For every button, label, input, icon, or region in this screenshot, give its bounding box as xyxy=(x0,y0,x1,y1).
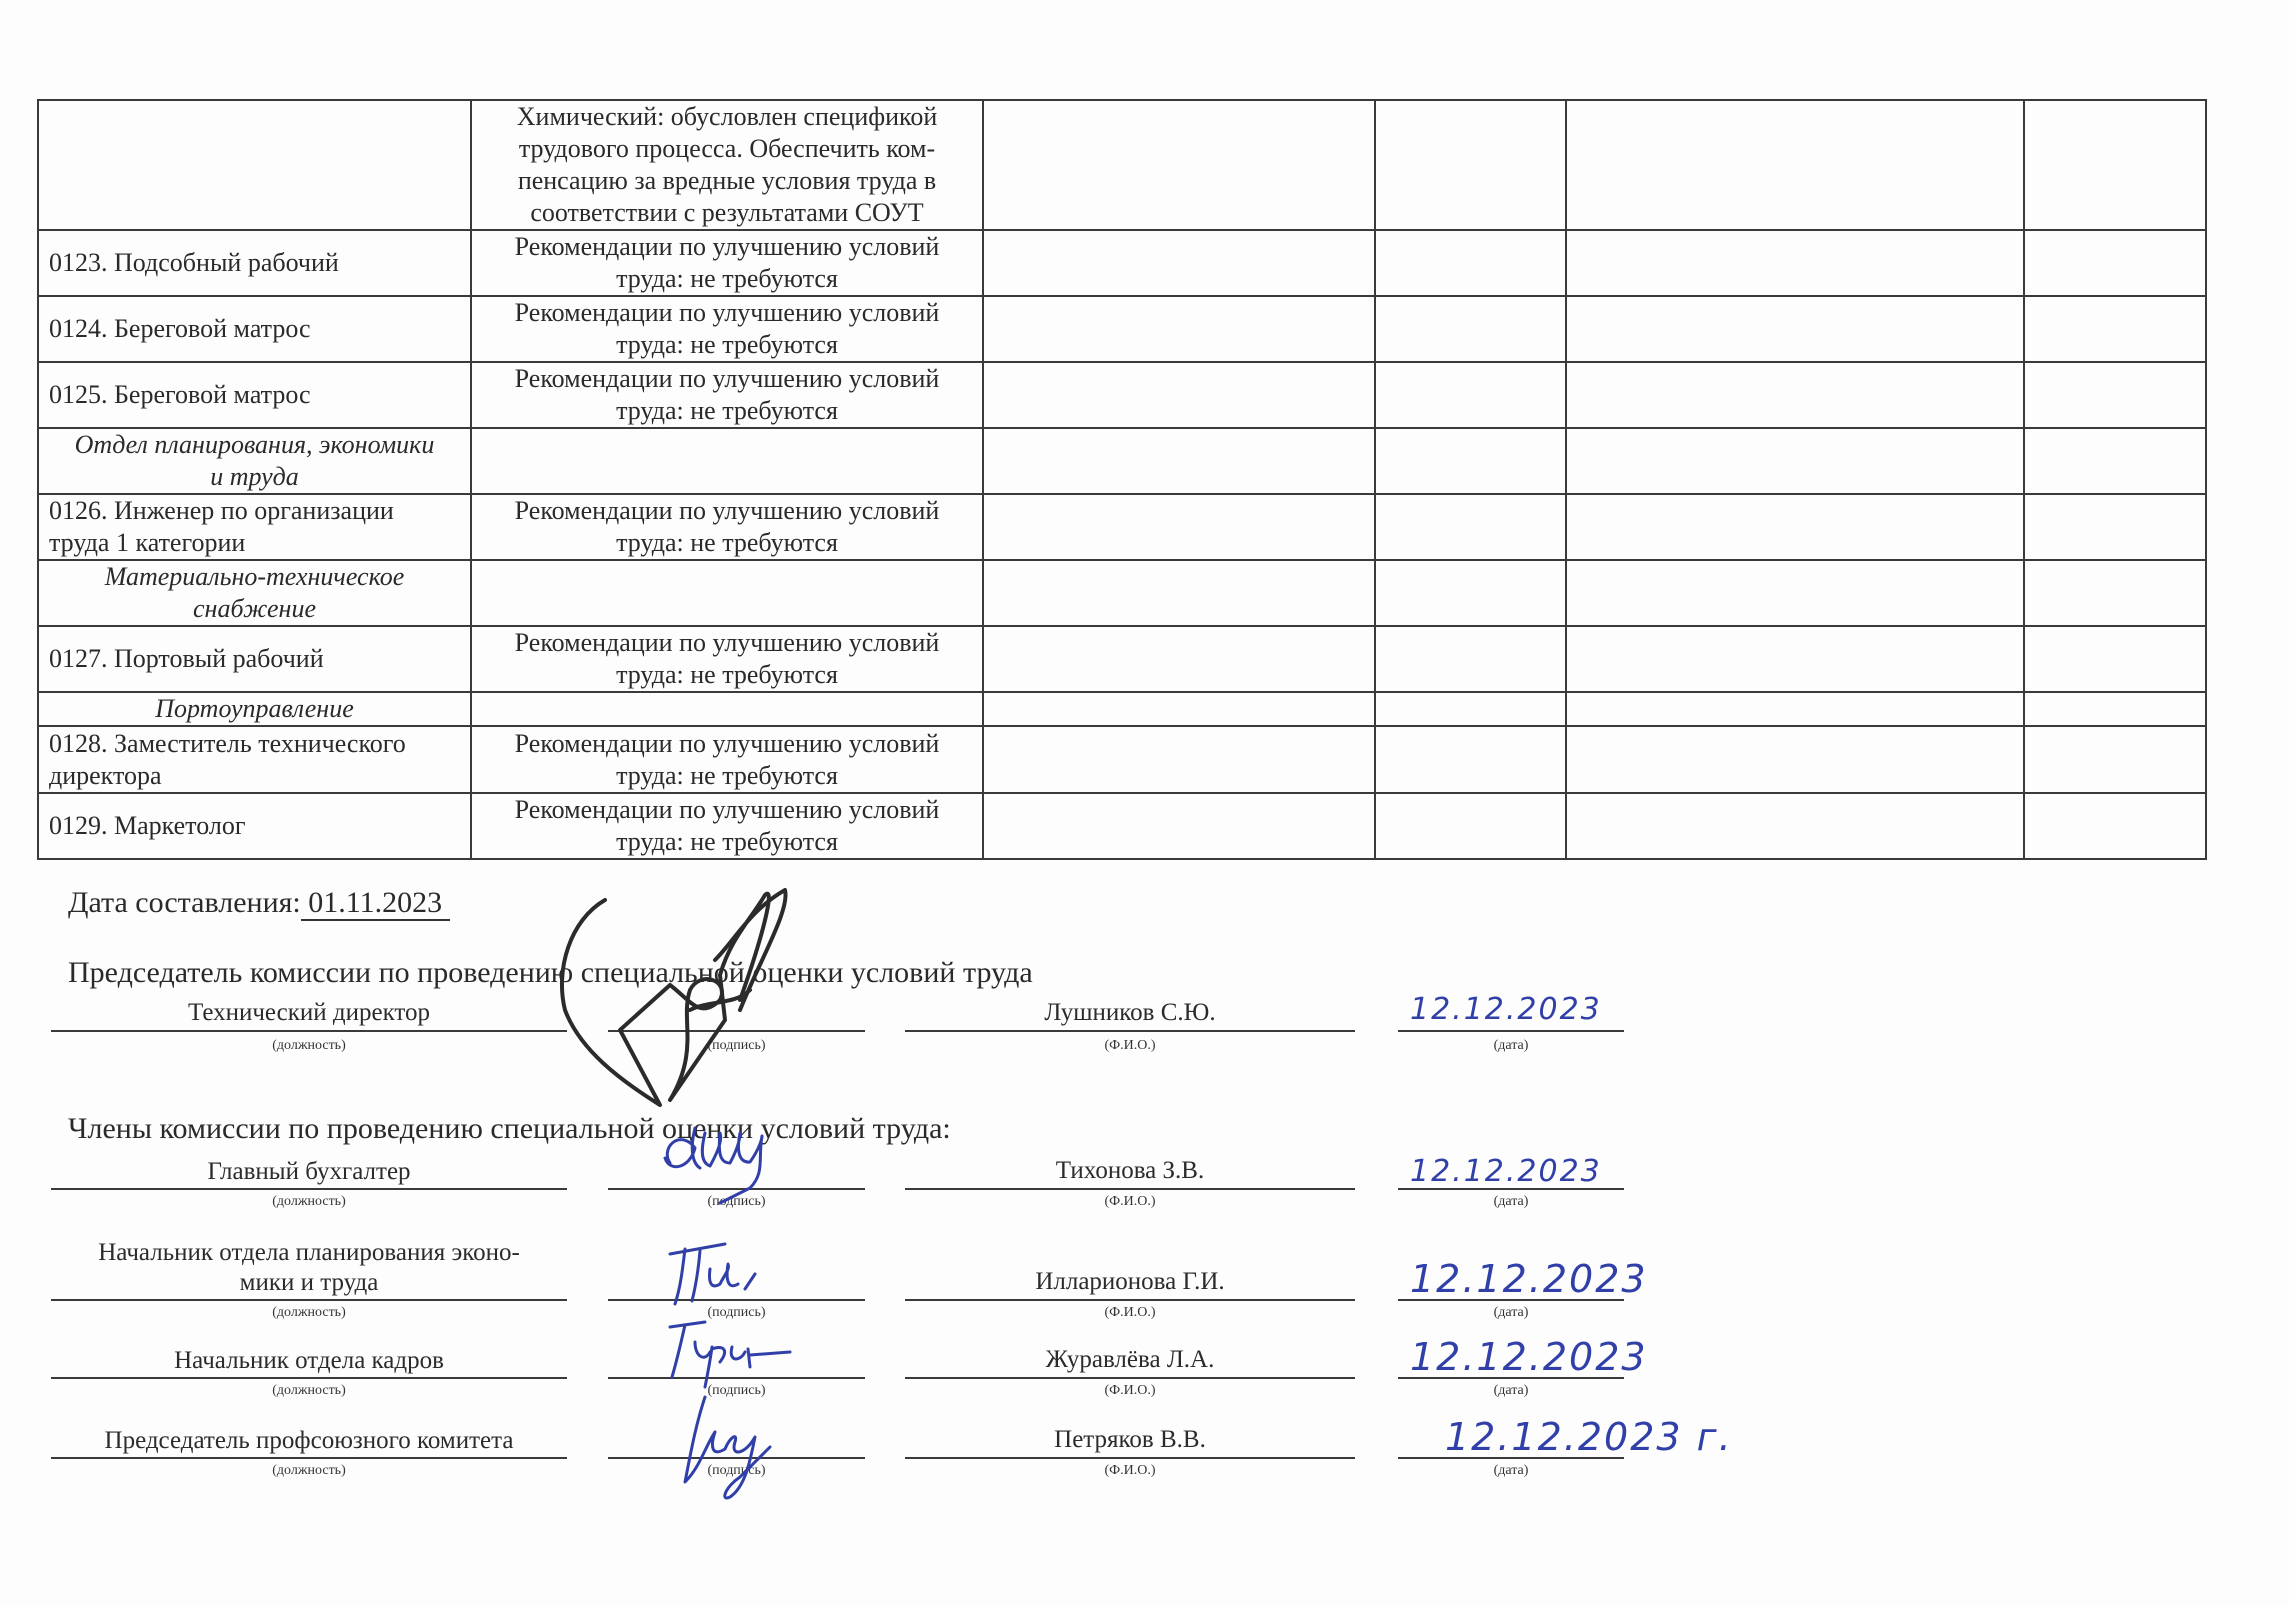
recommendation-cell-line: труда: не требуются xyxy=(490,527,964,559)
recommendation-cell: Рекомендации по улучшению условийтруда: … xyxy=(471,626,983,692)
position-cell-line: 0129. Маркетолог xyxy=(49,810,460,842)
recommendation-cell-line: Рекомендации по улучшению условий xyxy=(490,728,964,760)
table-row: 0126. Инженер по организациитруда 1 кате… xyxy=(38,494,2206,560)
recommendation-cell-line: Рекомендации по улучшению условий xyxy=(490,363,964,395)
empty-cell xyxy=(1566,230,2024,296)
position-cell-line: труда 1 категории xyxy=(49,527,460,559)
recommendation-cell-line: труда: не требуются xyxy=(490,263,964,295)
empty-cell xyxy=(2024,230,2206,296)
member-name-field: Петряков В.В. xyxy=(905,1426,1355,1454)
empty-cell xyxy=(1375,230,1566,296)
member-name: Илларионова Г.И. xyxy=(905,1268,1355,1296)
position-cell: 0126. Инженер по организациитруда 1 кате… xyxy=(38,494,471,560)
section-title-line: Отдел планирования, экономики xyxy=(49,429,460,461)
chair-position: Технический директор xyxy=(51,999,567,1027)
member-name-caption: (Ф.И.О.) xyxy=(905,1463,1355,1479)
chair-position-field: Технический директор xyxy=(51,999,567,1027)
recommendation-cell-line: труда: не требуются xyxy=(490,760,964,792)
empty-cell xyxy=(983,692,1375,726)
member-position-line xyxy=(51,1188,567,1190)
member-name-caption: (Ф.И.О.) xyxy=(905,1194,1355,1210)
empty-cell xyxy=(1566,428,2024,494)
member-signature-scribble xyxy=(650,1118,850,1238)
empty-cell xyxy=(1375,726,1566,793)
member-name-field: Илларионова Г.И. xyxy=(905,1268,1355,1296)
member-position: Начальник отдела планирования эконо- xyxy=(51,1238,567,1268)
empty-cell xyxy=(2024,494,2206,560)
member-date-handwritten: 12.12.2023 г. xyxy=(1445,1415,1733,1459)
empty-cell xyxy=(983,494,1375,560)
section-title-line: Портоуправление xyxy=(49,693,460,725)
empty-cell xyxy=(2024,726,2206,793)
member-name-line xyxy=(905,1377,1355,1379)
empty-cell xyxy=(983,726,1375,793)
position-cell: 0123. Подсобный рабочий xyxy=(38,230,471,296)
member-position-field: Начальник отдела кадров xyxy=(51,1346,567,1376)
member-position-field: Начальник отдела планирования эконо-мики… xyxy=(51,1238,567,1298)
member-position-caption: (должность) xyxy=(51,1463,567,1479)
empty-cell xyxy=(1566,793,2024,859)
member-date-caption: (дата) xyxy=(1398,1194,1624,1210)
empty-cell xyxy=(1375,494,1566,560)
empty-cell xyxy=(2024,428,2206,494)
member-date-caption: (дата) xyxy=(1398,1383,1624,1399)
recommendation-cell-line: соответствии с результатами СОУТ xyxy=(490,197,964,229)
position-cell-line: 0123. Подсобный рабочий xyxy=(49,247,460,279)
position-cell: 0124. Береговой матрос xyxy=(38,296,471,362)
compiled-date-label: Дата составления: xyxy=(68,886,301,919)
member-position-field: Главный бухгалтер xyxy=(51,1157,567,1187)
member-position: Начальник отдела кадров xyxy=(51,1346,567,1376)
member-position-caption: (должность) xyxy=(51,1383,567,1399)
empty-cell xyxy=(1566,296,2024,362)
empty-cell xyxy=(2024,692,2206,726)
empty-cell xyxy=(1375,428,1566,494)
member-position-line xyxy=(51,1457,567,1459)
member-position-caption: (должность) xyxy=(51,1305,567,1321)
member-signature-scribble xyxy=(650,1387,850,1507)
table-row: 0124. Береговой матросРекомендации по ул… xyxy=(38,296,2206,362)
member-date-caption: (дата) xyxy=(1398,1305,1624,1321)
recommendation-cell: Рекомендации по улучшению условийтруда: … xyxy=(471,793,983,859)
member-position: Председатель профсоюзного комитета xyxy=(51,1426,567,1456)
position-cell xyxy=(38,100,471,230)
chair-position-line xyxy=(51,1030,567,1032)
member-date-handwritten: 12.12.2023 xyxy=(1410,1335,1648,1379)
empty-cell xyxy=(983,100,1375,230)
chair-name-field: Лушников С.Ю. xyxy=(905,999,1355,1027)
recommendation-cell: Химический: обусловлен спецификойтрудово… xyxy=(471,100,983,230)
table-section-row: Материально-техническоеснабжение xyxy=(38,560,2206,626)
section-title-line: и труда xyxy=(49,461,460,493)
recommendation-cell-line: труда: не требуются xyxy=(490,826,964,858)
position-cell: 0128. Заместитель техническогодиректора xyxy=(38,726,471,793)
member-date-handwritten: 12.12.2023 xyxy=(1410,1257,1648,1301)
chair-name-caption: (Ф.И.О.) xyxy=(905,1038,1355,1054)
recommendation-cell-line: Химический: обусловлен спецификой xyxy=(490,101,964,133)
member-position-caption: (должность) xyxy=(51,1194,567,1210)
table-row: 0123. Подсобный рабочийРекомендации по у… xyxy=(38,230,2206,296)
recommendation-cell-line: пенсацию за вредные условия труда в xyxy=(490,165,964,197)
empty-cell xyxy=(2024,296,2206,362)
section-title: Портоуправление xyxy=(38,692,471,726)
position-cell: 0129. Маркетолог xyxy=(38,793,471,859)
member-name-field: Тихонова З.В. xyxy=(905,1157,1355,1185)
empty-cell xyxy=(1566,726,2024,793)
empty-cell xyxy=(983,362,1375,428)
empty-cell xyxy=(2024,626,2206,692)
recommendation-cell-line: труда: не требуются xyxy=(490,329,964,361)
chair-name-line xyxy=(905,1030,1355,1032)
recommendation-cell: Рекомендации по улучшению условийтруда: … xyxy=(471,726,983,793)
empty-cell xyxy=(983,296,1375,362)
recommendation-cell: Рекомендации по улучшению условийтруда: … xyxy=(471,494,983,560)
empty-cell xyxy=(1375,560,1566,626)
empty-cell xyxy=(1566,626,2024,692)
recommendation-cell-line: Рекомендации по улучшению условий xyxy=(490,297,964,329)
recommendation-cell xyxy=(471,560,983,626)
chair-date-handwritten: 12.12.2023 xyxy=(1410,992,1602,1027)
member-date-caption: (дата) xyxy=(1398,1463,1624,1479)
table-section-row: Портоуправление xyxy=(38,692,2206,726)
member-name-field: Журавлёва Л.А. xyxy=(905,1346,1355,1374)
recommendation-cell-line: Рекомендации по улучшению условий xyxy=(490,231,964,263)
position-cell-line: 0124. Береговой матрос xyxy=(49,313,460,345)
recommendation-cell: Рекомендации по улучшению условийтруда: … xyxy=(471,296,983,362)
table-row: 0129. МаркетологРекомендации по улучшени… xyxy=(38,793,2206,859)
section-title-line: Материально-техническое xyxy=(49,561,460,593)
member-position: мики и труда xyxy=(51,1268,567,1298)
empty-cell xyxy=(2024,560,2206,626)
member-position-line xyxy=(51,1299,567,1301)
chair-name: Лушников С.Ю. xyxy=(905,999,1355,1027)
member-date-handwritten: 12.12.2023 xyxy=(1410,1154,1602,1189)
position-cell-line: 0127. Портовый рабочий xyxy=(49,643,460,675)
member-date-line xyxy=(1398,1299,1624,1301)
recommendation-cell-line: Рекомендации по улучшению условий xyxy=(490,495,964,527)
recommendation-cell-line: трудового процесса. Обеспечить ком- xyxy=(490,133,964,165)
empty-cell xyxy=(983,626,1375,692)
recommendation-cell: Рекомендации по улучшению условийтруда: … xyxy=(471,230,983,296)
empty-cell xyxy=(983,428,1375,494)
empty-cell xyxy=(983,793,1375,859)
empty-cell xyxy=(1375,362,1566,428)
position-cell-line: 0126. Инженер по организации xyxy=(49,495,460,527)
table-row: Химический: обусловлен спецификойтрудово… xyxy=(38,100,2206,230)
empty-cell xyxy=(1566,560,2024,626)
recommendations-table: Химический: обусловлен спецификойтрудово… xyxy=(37,99,2207,860)
member-name-line xyxy=(905,1299,1355,1301)
recommendation-cell-line: Рекомендации по улучшению условий xyxy=(490,794,964,826)
position-cell-line: директора xyxy=(49,760,460,792)
member-name: Тихонова З.В. xyxy=(905,1157,1355,1185)
chair-position-caption: (должность) xyxy=(51,1038,567,1054)
section-title: Отдел планирования, экономикии труда xyxy=(38,428,471,494)
chair-date-caption: (дата) xyxy=(1398,1038,1624,1054)
member-name-caption: (Ф.И.О.) xyxy=(905,1383,1355,1399)
empty-cell xyxy=(1566,494,2024,560)
empty-cell xyxy=(1375,793,1566,859)
recommendation-cell xyxy=(471,428,983,494)
compiled-date-value: 01.11.2023 xyxy=(301,886,450,921)
empty-cell xyxy=(2024,793,2206,859)
position-cell: 0127. Портовый рабочий xyxy=(38,626,471,692)
empty-cell xyxy=(983,560,1375,626)
recommendation-cell-line: труда: не требуются xyxy=(490,395,964,427)
table-row: 0127. Портовый рабочийРекомендации по ул… xyxy=(38,626,2206,692)
member-date-line xyxy=(1398,1188,1624,1190)
recommendation-cell-line: труда: не требуются xyxy=(490,659,964,691)
empty-cell xyxy=(2024,100,2206,230)
chair-signature-scribble xyxy=(550,880,870,1120)
position-cell-line: 0128. Заместитель технического xyxy=(49,728,460,760)
section-title: Материально-техническоеснабжение xyxy=(38,560,471,626)
empty-cell xyxy=(2024,362,2206,428)
recommendation-cell-line: Рекомендации по улучшению условий xyxy=(490,627,964,659)
compiled-date-row: Дата составления: 01.11.2023 xyxy=(68,886,450,920)
member-date-line xyxy=(1398,1377,1624,1379)
member-date-line xyxy=(1398,1457,1624,1459)
member-position: Главный бухгалтер xyxy=(51,1157,567,1187)
empty-cell xyxy=(1375,626,1566,692)
table-row: 0125. Береговой матросРекомендации по ул… xyxy=(38,362,2206,428)
empty-cell xyxy=(1566,362,2024,428)
member-name-line xyxy=(905,1188,1355,1190)
empty-cell xyxy=(1375,100,1566,230)
table-row: 0128. Заместитель техническогодиректораР… xyxy=(38,726,2206,793)
table-section-row: Отдел планирования, экономикии труда xyxy=(38,428,2206,494)
member-position-field: Председатель профсоюзного комитета xyxy=(51,1426,567,1456)
section-title-line: снабжение xyxy=(49,593,460,625)
recommendation-cell xyxy=(471,692,983,726)
empty-cell xyxy=(983,230,1375,296)
chair-date-line xyxy=(1398,1030,1624,1032)
position-cell-line: 0125. Береговой матрос xyxy=(49,379,460,411)
recommendation-cell: Рекомендации по улучшению условийтруда: … xyxy=(471,362,983,428)
position-cell: 0125. Береговой матрос xyxy=(38,362,471,428)
member-name-line xyxy=(905,1457,1355,1459)
member-name-caption: (Ф.И.О.) xyxy=(905,1305,1355,1321)
member-position-line xyxy=(51,1377,567,1379)
empty-cell xyxy=(1566,100,2024,230)
empty-cell xyxy=(1566,692,2024,726)
document-page: Химический: обусловлен спецификойтрудово… xyxy=(0,0,2289,1606)
empty-cell xyxy=(1375,692,1566,726)
member-name: Журавлёва Л.А. xyxy=(905,1346,1355,1374)
empty-cell xyxy=(1375,296,1566,362)
member-name: Петряков В.В. xyxy=(905,1426,1355,1454)
